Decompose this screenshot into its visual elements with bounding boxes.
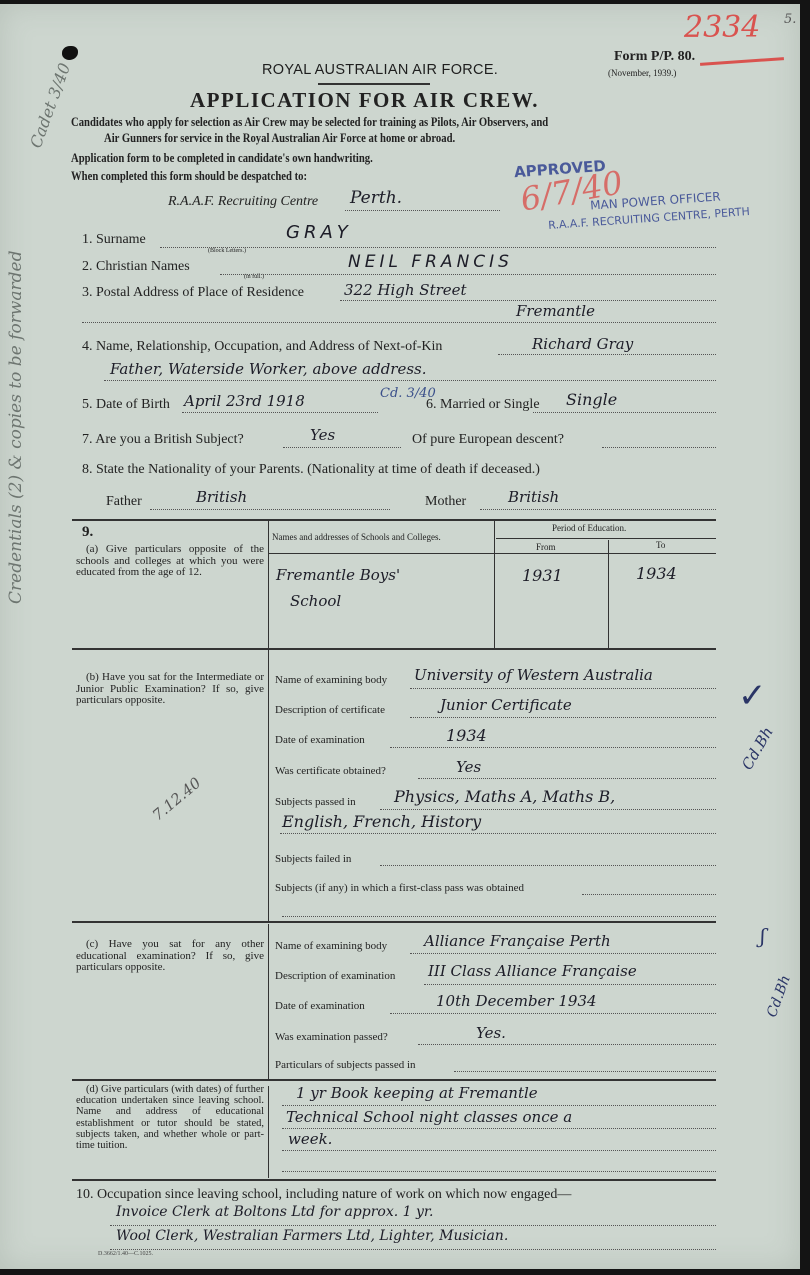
subjects-failed-line[interactable] xyxy=(380,865,716,866)
section9a-bottom-rule xyxy=(72,648,716,650)
address-value-1[interactable]: 322 High Street xyxy=(344,281,467,299)
section9c-vertical-rule xyxy=(268,924,269,1079)
dob-label: 5. Date of Birth xyxy=(82,397,170,413)
european-descent-line[interactable] xyxy=(602,447,716,448)
col-to-header: To xyxy=(656,540,665,550)
school-name-2[interactable]: School xyxy=(290,592,341,610)
occupation-line-1 xyxy=(110,1225,716,1226)
other-exam-date-line xyxy=(390,1013,716,1014)
marital-label: 6. Married or Single xyxy=(426,397,540,413)
section9c-text: (c) Have you sat for any other education… xyxy=(76,939,264,974)
subjects-passed-value-1[interactable]: Physics, Maths A, Maths B, xyxy=(394,787,615,806)
intro-line-1: Candidates who apply for selection as Ai… xyxy=(71,114,548,130)
further-ed-value-3[interactable]: week. xyxy=(288,1130,332,1148)
exam-date-label: Date of examination xyxy=(275,734,365,746)
occupation-label: 10. Occupation since leaving school, inc… xyxy=(76,1187,571,1203)
other-exam-particulars-label: Particulars of subjects passed in xyxy=(275,1059,416,1071)
exam-date-line xyxy=(390,747,716,748)
mother-line xyxy=(480,509,716,510)
exam-body-label: Name of examining body xyxy=(275,674,387,686)
recruiting-centre-line xyxy=(345,210,500,211)
occupation-line-2 xyxy=(110,1249,716,1250)
initials-right-2: Cd.Bh xyxy=(764,973,794,1019)
section9d-bottom-rule xyxy=(72,1179,716,1181)
school-name-1[interactable]: Fremantle Boys' xyxy=(276,566,400,584)
col-period-header: Period of Education. xyxy=(552,523,626,533)
subjects-passed-value-2[interactable]: English, French, History xyxy=(282,812,481,831)
subjects-failed-label: Subjects failed in xyxy=(275,853,351,865)
christian-names-value[interactable]: NEIL FRANCIS xyxy=(348,252,513,272)
school-from[interactable]: 1931 xyxy=(522,566,563,585)
exam-body-value[interactable]: University of Western Australia xyxy=(414,666,653,684)
other-exam-date-value[interactable]: 10th December 1934 xyxy=(436,992,597,1010)
surname-label: 1. Surname xyxy=(82,232,146,248)
address-line-2 xyxy=(82,322,716,323)
christian-names-line xyxy=(220,274,716,275)
other-exam-date-label: Date of examination xyxy=(275,1000,365,1012)
margin-note-vertical: Credentials (2) & copies to be forwarded xyxy=(6,251,26,604)
form-number: Form P/P. 80. xyxy=(614,49,695,65)
col-from-header: From xyxy=(536,542,556,552)
occupation-value-2[interactable]: Wool Clerk, Westralian Farmers Ltd, Ligh… xyxy=(116,1228,508,1244)
period-rule xyxy=(496,538,716,539)
next-of-kin-line-2 xyxy=(104,380,716,381)
other-exam-particulars-line[interactable] xyxy=(454,1071,716,1072)
section9d-vertical-rule xyxy=(268,1086,269,1178)
mother-label: Mother xyxy=(425,494,466,510)
check-mark-icon: ✓ xyxy=(738,676,767,716)
first-class-line-2[interactable] xyxy=(282,916,716,917)
certificate-obtained-value[interactable]: Yes xyxy=(456,758,481,776)
first-class-label: Subjects (if any) in which a first-class… xyxy=(275,882,524,894)
recruiting-centre-value[interactable]: Perth. xyxy=(350,188,402,208)
reference-number: 2334 xyxy=(684,10,760,45)
certificate-obtained-label: Was certificate obtained? xyxy=(275,765,386,777)
mother-value[interactable]: British xyxy=(508,488,559,506)
intro-line-2: Air Gunners for service in the Royal Aus… xyxy=(104,130,455,146)
dob-line xyxy=(182,412,378,413)
surname-line xyxy=(160,247,716,248)
further-ed-value-1[interactable]: 1 yr Book keeping at Fremantle xyxy=(296,1084,538,1102)
to-col-rule xyxy=(608,540,609,648)
british-subject-label: 7. Are you a British Subject? xyxy=(82,432,244,448)
occupation-value-1[interactable]: Invoice Clerk at Boltons Ltd for approx.… xyxy=(116,1204,434,1220)
other-exam-passed-label: Was examination passed? xyxy=(275,1031,388,1043)
further-ed-line-1 xyxy=(282,1105,716,1106)
col-names-header: Names and addresses of Schools and Colle… xyxy=(272,532,441,542)
surname-sublabel: (Block Letters.) xyxy=(208,248,246,254)
section9-vertical-rule xyxy=(268,521,269,921)
father-line xyxy=(150,509,390,510)
certificate-value[interactable]: Junior Certificate xyxy=(440,696,572,714)
christian-names-label: 2. Christian Names xyxy=(82,259,190,275)
from-col-rule xyxy=(494,521,495,648)
subjects-passed-line-1 xyxy=(380,809,716,810)
reference-suffix: 5. xyxy=(784,12,796,27)
father-label: Father xyxy=(106,494,142,510)
marital-line xyxy=(533,412,716,413)
recruiting-centre-label: R.A.A.F. Recruiting Centre xyxy=(168,194,318,210)
marital-value[interactable]: Single xyxy=(566,390,617,409)
other-exam-body-value[interactable]: Alliance Française Perth xyxy=(424,932,611,950)
section9-top-rule xyxy=(72,519,716,521)
certificate-obtained-line xyxy=(418,778,716,779)
certificate-line xyxy=(410,717,716,718)
other-exam-desc-label: Description of examination xyxy=(275,970,395,982)
other-exam-body-line xyxy=(410,953,716,954)
parents-label: 8. State the Nationality of your Parents… xyxy=(82,462,540,478)
section9a-text: (a) Give particulars opposite of the sch… xyxy=(76,544,264,579)
instruction-1: Application form to be completed in cand… xyxy=(71,150,373,166)
first-class-line-1[interactable] xyxy=(582,894,716,895)
application-form-page: Credentials (2) & copies to be forwarded… xyxy=(0,4,800,1269)
further-ed-value-2[interactable]: Technical School night classes once a xyxy=(286,1108,572,1126)
next-of-kin-value-1[interactable]: Richard Gray xyxy=(532,335,633,353)
section9b-bottom-rule xyxy=(72,921,716,923)
address-line-1 xyxy=(340,300,716,301)
org-name: ROYAL AUSTRALIAN AIR FORCE. xyxy=(262,62,498,78)
org-underline xyxy=(318,83,430,85)
red-underline xyxy=(700,57,784,66)
initials-mid: 7.12.40 xyxy=(149,774,204,825)
next-of-kin-line-1 xyxy=(498,354,716,355)
subjects-passed-label: Subjects passed in xyxy=(275,796,356,808)
form-date: (November, 1939.) xyxy=(608,68,676,78)
section9-number: 9. xyxy=(82,524,93,541)
initials-right-1: Cd.Bh xyxy=(738,724,777,773)
further-ed-line-3 xyxy=(282,1150,716,1151)
address-value-2[interactable]: Fremantle xyxy=(516,302,595,320)
next-of-kin-value-2[interactable]: Father, Waterside Worker, above address. xyxy=(110,360,427,378)
surname-value[interactable]: GRAY xyxy=(286,222,352,243)
header-rule xyxy=(268,553,716,554)
printer-code: D.3662/1.40—C.1025. xyxy=(98,1251,153,1257)
certificate-label: Description of certificate xyxy=(275,704,385,716)
other-exam-body-label: Name of examining body xyxy=(275,940,387,952)
other-exam-passed-line xyxy=(418,1044,716,1045)
subjects-passed-line-2 xyxy=(280,833,716,834)
other-exam-passed-value[interactable]: Yes. xyxy=(476,1024,506,1042)
dob-value[interactable]: April 23rd 1918 xyxy=(184,392,305,410)
other-exam-desc-value[interactable]: III Class Alliance Française xyxy=(428,962,637,980)
section9c-bottom-rule xyxy=(72,1079,716,1081)
tick-mark: ʃ xyxy=(760,924,765,948)
address-label: 3. Postal Address of Place of Residence xyxy=(82,285,304,301)
section9d-text: (d) Give particulars (with dates) of fur… xyxy=(76,1084,264,1151)
exam-body-line xyxy=(410,688,716,689)
exam-date-value[interactable]: 1934 xyxy=(446,726,487,745)
margin-note-cadet: Cadet 3/40 xyxy=(26,60,74,150)
father-value[interactable]: British xyxy=(196,488,247,506)
other-exam-desc-line xyxy=(424,984,716,985)
further-ed-line-2 xyxy=(282,1128,716,1129)
ink-blot xyxy=(62,46,78,60)
school-to[interactable]: 1934 xyxy=(636,564,677,583)
section9b-text: (b) Have you sat for the Intermediate or… xyxy=(76,672,264,707)
next-of-kin-label: 4. Name, Relationship, Occupation, and A… xyxy=(82,339,442,355)
instruction-2: When completed this form should be despa… xyxy=(71,168,307,184)
british-subject-line xyxy=(283,447,401,448)
european-descent-label: Of pure European descent? xyxy=(412,432,564,448)
further-ed-line-4[interactable] xyxy=(282,1171,716,1172)
british-subject-value[interactable]: Yes xyxy=(310,426,335,444)
form-title: APPLICATION FOR AIR CREW. xyxy=(190,88,539,113)
